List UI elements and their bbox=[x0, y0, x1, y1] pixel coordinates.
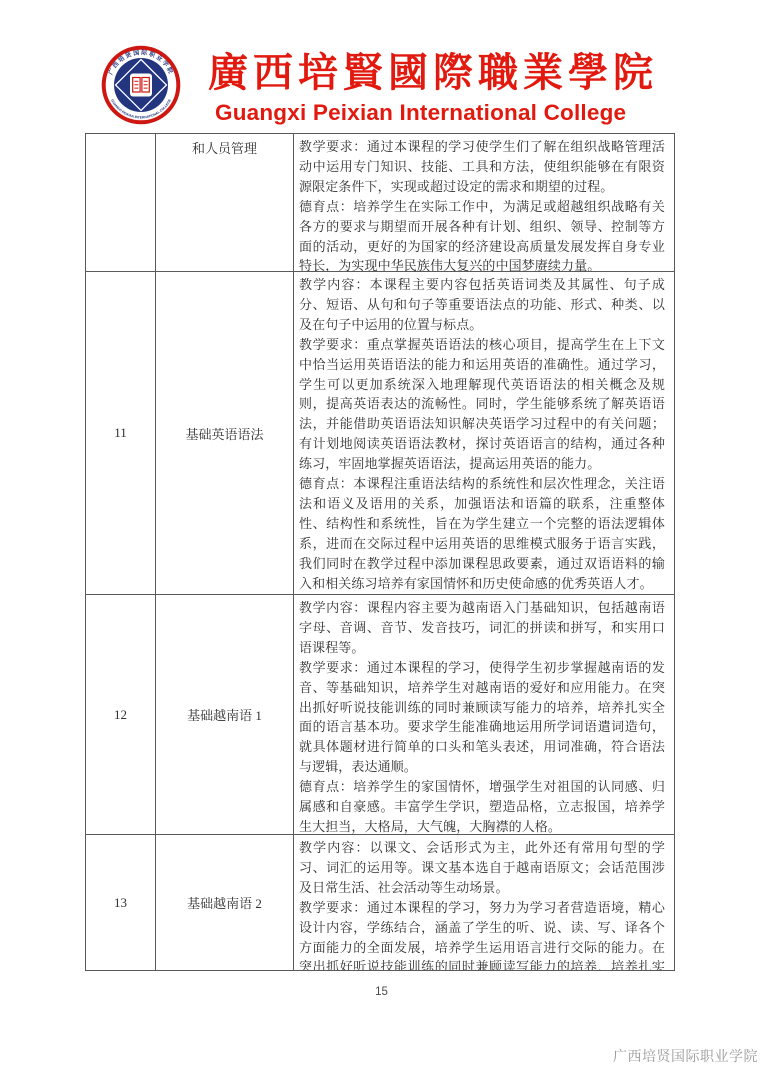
description-paragraph: 德育点：本课程注重语法结构的系统性和层次性理念，关注语法和语义及语用的关系，加强… bbox=[299, 474, 665, 593]
course-name-cell: 基础英语语法 bbox=[156, 272, 294, 595]
course-name-cell: 基础越南语 1 bbox=[156, 595, 294, 835]
course-number-cell: 11 bbox=[86, 272, 156, 595]
page-number: 15 bbox=[0, 986, 763, 998]
open-book-icon bbox=[130, 74, 152, 97]
table-row: 和人员管理 教学要求：通过本课程的学习使学生们了解在组织战略管理活动中运用专门知… bbox=[86, 134, 675, 272]
description-paragraph: 德育点：培养学生的家国情怀，增强学生对祖国的认同感、归属感和自豪感。丰富学生学识… bbox=[299, 777, 665, 834]
course-number-cell: 12 bbox=[86, 595, 156, 835]
page-header: 广西培贤国际职业学院 GUANGXI PEIXIAN INTERNATIONAL… bbox=[0, 0, 763, 133]
document-page: 广西培贤国际职业学院 GUANGXI PEIXIAN INTERNATIONAL… bbox=[0, 0, 763, 1080]
description-paragraph: 教学要求：通过本课程的学习使学生们了解在组织战略管理活动中运用专门知识、技能、工… bbox=[299, 137, 665, 197]
table-row: 12 基础越南语 1 教学内容：课程内容主要为越南语入门基础知识，包括越南语字母… bbox=[86, 595, 675, 835]
table-row: 11 基础英语语法 教学内容：本课程主要内容包括英语词类及其属性、句子成分、短语… bbox=[86, 272, 675, 595]
course-description-cell: 教学内容：课程内容主要为越南语入门基础知识，包括越南语字母、音调、音节、发音技巧… bbox=[294, 595, 675, 835]
college-title-zh: 廣西培賢國際職業學院 bbox=[208, 47, 668, 99]
description-paragraph: 教学内容：以课文、会话形式为主，此外还有常用句型的学习、词汇的运用等。课文基本选… bbox=[299, 838, 665, 898]
course-description-cell: 教学内容：以课文、会话形式为主，此外还有常用句型的学习、词汇的运用等。课文基本选… bbox=[294, 835, 675, 971]
course-description-cell: 教学内容：本课程主要内容包括英语词类及其属性、句子成分、短语、从句和句子等重要语… bbox=[294, 272, 675, 595]
college-seal-icon: 广西培贤国际职业学院 GUANGXI PEIXIAN INTERNATIONAL… bbox=[101, 45, 181, 125]
description-paragraph: 德育点：培养学生在实际工作中，为满足或超越组织战略有关各方的要求与期望而开展各种… bbox=[299, 197, 665, 271]
course-name-cell: 和人员管理 bbox=[156, 134, 294, 272]
description-paragraph: 教学内容：课程内容主要为越南语入门基础知识，包括越南语字母、音调、音节、发音技巧… bbox=[299, 598, 665, 658]
watermark: 广西培贤国际职业学院 bbox=[613, 1046, 758, 1066]
course-description-cell: 教学要求：通过本课程的学习使学生们了解在组织战略管理活动中运用专门知识、技能、工… bbox=[294, 134, 675, 272]
description-paragraph: 教学要求：通过本课程的学习，努力为学习者营造语境，精心设计内容，学练结合，涵盖了… bbox=[299, 898, 665, 970]
description-paragraph: 教学内容：本课程主要内容包括英语词类及其属性、句子成分、短语、从句和句子等重要语… bbox=[299, 275, 665, 335]
course-number-cell bbox=[86, 134, 156, 272]
description-paragraph: 教学要求：通过本课程的学习，使得学生初步掌握越南语的发音、等基础知识，培养学生对… bbox=[299, 658, 665, 777]
course-name-cell: 基础越南语 2 bbox=[156, 835, 294, 971]
table-row: 13 基础越南语 2 教学内容：以课文、会话形式为主，此外还有常用句型的学习、词… bbox=[86, 835, 675, 971]
college-title-en: Guangxi Peixian International College bbox=[215, 99, 665, 127]
description-paragraph: 教学要求：重点掌握英语语法的核心项目，提高学生在上下文中恰当运用英语语法的能力和… bbox=[299, 335, 665, 474]
course-table: 和人员管理 教学要求：通过本课程的学习使学生们了解在组织战略管理活动中运用专门知… bbox=[85, 133, 675, 971]
course-number-cell: 13 bbox=[86, 835, 156, 971]
